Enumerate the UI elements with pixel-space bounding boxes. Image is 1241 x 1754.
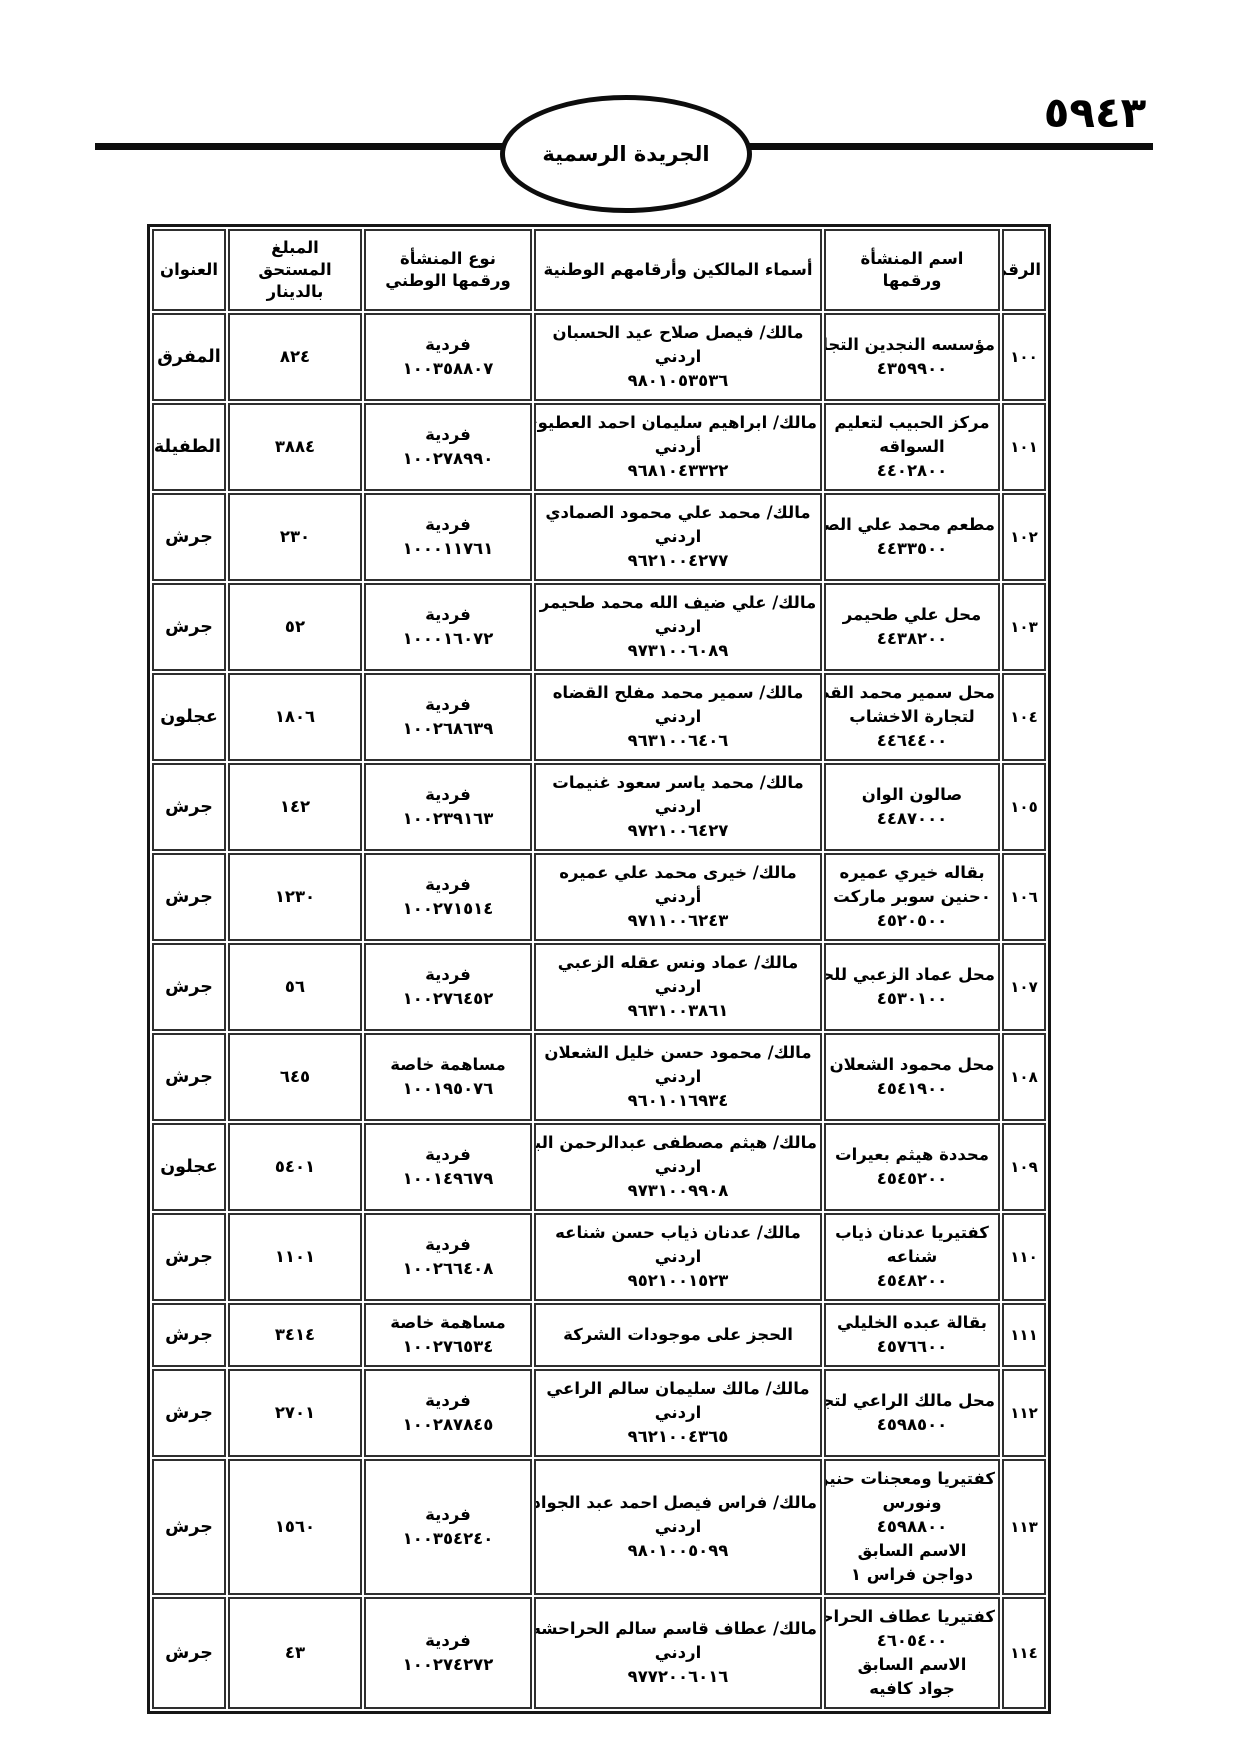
cell-line: فردية [369, 603, 527, 627]
row-number-cell: ١١٣ [1002, 1459, 1046, 1595]
address-cell: جرش [152, 1459, 226, 1595]
row-number-cell: ١٠٨ [1002, 1033, 1046, 1121]
table-row: ١٠٤محل سمير محمد القضاهلتجارة الاخشاب٤٤٦… [152, 673, 1046, 761]
cell-line: ١٠٠٢٦٦٤٠٨ [369, 1257, 527, 1281]
cell-line: ١١٠١ [233, 1245, 357, 1269]
cell-line: ١٢٣٠ [233, 885, 357, 909]
cell-line: ١٠٠٢٣٩١٦٣ [369, 807, 527, 831]
table-row: ١٠٥صالون الوان٤٤٨٧٠٠٠مالك/ محمد ياسر سعو… [152, 763, 1046, 851]
cell-line: ٩٦٢١٠٠٤٣٦٥ [539, 1425, 817, 1449]
amount-cell: ٦٤٥ [228, 1033, 362, 1121]
table-row: ١١٤كفتيريا عطاف الحراحشه٤٦٠٥٤٠٠الاسم الس… [152, 1597, 1046, 1709]
cell-line: فردية [369, 873, 527, 897]
cell-line: ٩٧٧٢٠٠٦٠١٦ [539, 1665, 817, 1689]
cell-line: اردني [539, 525, 817, 549]
type-cell: فردية١٠٠٢٧٦٤٥٢ [364, 943, 532, 1031]
owners-cell: مالك/ محمد علي محمود الصمادياردني٩٦٢١٠٠٤… [534, 493, 822, 581]
cell-line: ١٤٢ [233, 795, 357, 819]
cell-line: ١٠٤ [1007, 705, 1041, 729]
row-number-cell: ١١٤ [1002, 1597, 1046, 1709]
records-table: الرقم اسم المنشأة ورقمها أسماء المالكين … [147, 224, 1051, 1714]
row-number-cell: ١٠٠ [1002, 313, 1046, 401]
row-number-cell: ١٠١ [1002, 403, 1046, 491]
establishment-cell: محل محمود الشعلان٤٥٤١٩٠٠ [824, 1033, 1000, 1121]
header-type: نوع المنشأة ورقمها الوطني [364, 229, 532, 311]
cell-line: بقالة عبده الخليلي [829, 1311, 995, 1335]
cell-line: فردية [369, 1389, 527, 1413]
table-row: ١٠٠مؤسسه النجدين التجاريه٤٣٥٩٩٠٠مالك/ في… [152, 313, 1046, 401]
cell-line: اردني [539, 1245, 817, 1269]
cell-line: كفتيريا ومعجنات حنين [829, 1467, 995, 1491]
row-number-cell: ١٠٤ [1002, 673, 1046, 761]
type-cell: فردية١٠٠٢٣٩١٦٣ [364, 763, 532, 851]
cell-line: ٤٦٠٥٤٠٠ [829, 1629, 995, 1653]
cell-line: أردني [539, 435, 817, 459]
type-cell: فردية١٠٠١٤٩٦٧٩ [364, 1123, 532, 1211]
establishment-cell: مؤسسه النجدين التجاريه٤٣٥٩٩٠٠ [824, 313, 1000, 401]
cell-line: اردني [539, 1155, 817, 1179]
cell-line: اردني [539, 1065, 817, 1089]
cell-line: محل سمير محمد القضاه [829, 681, 995, 705]
cell-line: جرش [157, 885, 221, 909]
cell-line: ١٠٨ [1007, 1065, 1041, 1089]
establishment-cell: صالون الوان٤٤٨٧٠٠٠ [824, 763, 1000, 851]
owners-cell: مالك/ هيثم مصطفى عبدالرحمن البعيراتاردني… [534, 1123, 822, 1211]
cell-line: جواد كافيه [829, 1677, 995, 1701]
table-row: ١٠٦بقاله خيري عميره٠حنين سوبر ماركت٤٥٢٠٥… [152, 853, 1046, 941]
establishment-cell: محل علي طحيمر٤٤٣٨٢٠٠ [824, 583, 1000, 671]
cell-line: مركز الحبيب لتعليم [829, 411, 995, 435]
row-number-cell: ١٠٧ [1002, 943, 1046, 1031]
amount-cell: ٣٤١٤ [228, 1303, 362, 1367]
establishment-cell: بقالة عبده الخليلي٤٥٧٦٦٠٠ [824, 1303, 1000, 1367]
row-number-cell: ١١١ [1002, 1303, 1046, 1367]
header-amount: المبلغ المستحق بالدينار [228, 229, 362, 311]
cell-line: ١٠٠٢٧١٥١٤ [369, 897, 527, 921]
cell-line: أردني [539, 885, 817, 909]
amount-cell: ٤٣ [228, 1597, 362, 1709]
cell-line: جرش [157, 1065, 221, 1089]
cell-line: جرش [157, 525, 221, 549]
cell-line: ٨٢٤ [233, 345, 357, 369]
cell-line: ٩٦٢١٠٠٤٢٧٧ [539, 549, 817, 573]
cell-line: مساهمة خاصة [369, 1053, 527, 1077]
amount-cell: ١٢٣٠ [228, 853, 362, 941]
owners-cell: مالك/ علي ضيف الله محمد طحيمراردني٩٧٣١٠٠… [534, 583, 822, 671]
amount-cell: ١٥٦٠ [228, 1459, 362, 1595]
type-cell: فردية١٠٠٠١١٧٦١ [364, 493, 532, 581]
cell-line: ١٠٥ [1007, 795, 1041, 819]
table-row: ١٠٩محددة هيثم بعيرات٤٥٤٥٢٠٠مالك/ هيثم مص… [152, 1123, 1046, 1211]
cell-line: ٤٣ [233, 1641, 357, 1665]
cell-line: فردية [369, 513, 527, 537]
owners-cell: مالك/ مالك سليمان سالم الراعياردني٩٦٢١٠٠… [534, 1369, 822, 1457]
cell-line: ٤٥٤١٩٠٠ [829, 1077, 995, 1101]
cell-line: ٠حنين سوبر ماركت [829, 885, 995, 909]
owners-cell: مالك/ محمد ياسر سعود غنيماتاردني٩٧٢١٠٠٦٤… [534, 763, 822, 851]
establishment-cell: كفتيريا عدنان ذيابشناعه٤٥٤٨٢٠٠ [824, 1213, 1000, 1301]
table-header-row: الرقم اسم المنشأة ورقمها أسماء المالكين … [152, 229, 1046, 311]
table-row: ١١١بقالة عبده الخليلي٤٥٧٦٦٠٠الحجز على مو… [152, 1303, 1046, 1367]
owners-cell: الحجز على موجودات الشركة [534, 1303, 822, 1367]
amount-cell: ٥٢ [228, 583, 362, 671]
cell-line: مالك/ مالك سليمان سالم الراعي [539, 1377, 817, 1401]
cell-line: جرش [157, 1515, 221, 1539]
cell-line: ١٠٦ [1007, 885, 1041, 909]
cell-line: السواقه [829, 435, 995, 459]
cell-line: مساهمة خاصة [369, 1311, 527, 1335]
cell-line: كفتيريا عدنان ذياب [829, 1221, 995, 1245]
table-row: ١٠١مركز الحبيب لتعليمالسواقه٤٤٠٢٨٠٠مالك/… [152, 403, 1046, 491]
table-row: ١٠٣محل علي طحيمر٤٤٣٨٢٠٠مالك/ علي ضيف الل… [152, 583, 1046, 671]
cell-line: فردية [369, 1233, 527, 1257]
cell-line: محددة هيثم بعيرات [829, 1143, 995, 1167]
cell-line: ١٠٠١٤٩٦٧٩ [369, 1167, 527, 1191]
cell-line: ١٠٠٢٧٨٩٩٠ [369, 447, 527, 471]
cell-line: ٩٧٣١٠٠٩٩٠٨ [539, 1179, 817, 1203]
cell-line: جرش [157, 795, 221, 819]
address-cell: جرش [152, 583, 226, 671]
page-number: ٥٩٤٣ [1040, 88, 1150, 137]
cell-line: جرش [157, 1323, 221, 1347]
cell-line: مؤسسه النجدين التجاريه [829, 333, 995, 357]
type-cell: مساهمة خاصة١٠٠٢٧٦٥٣٤ [364, 1303, 532, 1367]
table-row: ١١٢محل مالك الراعي لتجليس٤٥٩٨٥٠٠مالك/ ما… [152, 1369, 1046, 1457]
row-number-cell: ١٠٢ [1002, 493, 1046, 581]
cell-line: ٣٨٨٤ [233, 435, 357, 459]
cell-line: شناعه [829, 1245, 995, 1269]
amount-cell: ٨٢٤ [228, 313, 362, 401]
cell-line: دواجن فراس ١ [829, 1563, 995, 1587]
establishment-cell: محددة هيثم بعيرات٤٥٤٥٢٠٠ [824, 1123, 1000, 1211]
type-cell: فردية١٠٠٢٧٨٩٩٠ [364, 403, 532, 491]
cell-line: مالك/ عطاف قاسم سالم الحراحشه [539, 1617, 817, 1641]
address-cell: جرش [152, 1369, 226, 1457]
cell-line: مالك/ خيرى محمد علي عميره [539, 861, 817, 885]
header-address: العنوان [152, 229, 226, 311]
cell-line: ٢٣٠ [233, 525, 357, 549]
cell-line: فردية [369, 693, 527, 717]
cell-line: ٩٦٨١٠٤٣٣٢٢ [539, 459, 817, 483]
cell-line: ٩٨٠١٠٠٥٠٩٩ [539, 1539, 817, 1563]
cell-line: ٩٧١١٠٠٦٢٤٣ [539, 909, 817, 933]
cell-line: ١١٠ [1007, 1245, 1041, 1269]
owners-cell: مالك/ عماد ونس عقله الزعبياردني٩٦٣١٠٠٣٨٦… [534, 943, 822, 1031]
owners-cell: مالك/ فراس فيصل احمد عبد الجواداردني٩٨٠١… [534, 1459, 822, 1595]
cell-line: ٤٤٨٧٠٠٠ [829, 807, 995, 831]
owners-cell: مالك/ خيرى محمد علي عميرهأردني٩٧١١٠٠٦٢٤٣ [534, 853, 822, 941]
establishment-cell: محل مالك الراعي لتجليس٤٥٩٨٥٠٠ [824, 1369, 1000, 1457]
cell-line: ١٠١ [1007, 435, 1041, 459]
address-cell: عجلون [152, 673, 226, 761]
cell-line: ١٠٠٠١١٧٦١ [369, 537, 527, 561]
cell-line: ١٠٠٠١٦٠٧٢ [369, 627, 527, 651]
cell-line: مالك/ هيثم مصطفى عبدالرحمن البعيرات [539, 1131, 817, 1155]
table-row: ١١٠كفتيريا عدنان ذيابشناعه٤٥٤٨٢٠٠مالك/ ع… [152, 1213, 1046, 1301]
amount-cell: ١٤٢ [228, 763, 362, 851]
cell-line: ٦٤٥ [233, 1065, 357, 1089]
type-cell: مساهمة خاصة١٠٠١٩٥٠٧٦ [364, 1033, 532, 1121]
type-cell: فردية١٠٠٢٨٧٨٤٥ [364, 1369, 532, 1457]
amount-cell: ١١٠١ [228, 1213, 362, 1301]
header-establishment: اسم المنشأة ورقمها [824, 229, 1000, 311]
owners-cell: مالك/ محمود حسن خليل الشعلاناردني٩٦٠١٠١٦… [534, 1033, 822, 1121]
address-cell: الطفيلة [152, 403, 226, 491]
amount-cell: ٥٤٠١ [228, 1123, 362, 1211]
table-body: ١٠٠مؤسسه النجدين التجاريه٤٣٥٩٩٠٠مالك/ في… [152, 313, 1046, 1709]
cell-line: اردني [539, 705, 817, 729]
cell-line: ١١٤ [1007, 1641, 1041, 1665]
cell-line: ٤٥٩٨٨٠٠ [829, 1515, 995, 1539]
cell-line: ١٨٠٦ [233, 705, 357, 729]
cell-line: ٤٥٧٦٦٠٠ [829, 1335, 995, 1359]
table-row: ١٠٨محل محمود الشعلان٤٥٤١٩٠٠مالك/ محمود ح… [152, 1033, 1046, 1121]
cell-line: محل محمود الشعلان [829, 1053, 995, 1077]
amount-cell: ١٨٠٦ [228, 673, 362, 761]
establishment-cell: مطعم محمد علي الصمادي٤٤٣٣٥٠٠ [824, 493, 1000, 581]
cell-line: المفرق [157, 345, 221, 369]
cell-line: ٤٤٣٨٢٠٠ [829, 627, 995, 651]
amount-cell: ٥٦ [228, 943, 362, 1031]
cell-line: ٥٦ [233, 975, 357, 999]
establishment-cell: كفتيريا ومعجنات حنينونورس٤٥٩٨٨٠٠الاسم ال… [824, 1459, 1000, 1595]
owners-cell: مالك/ عدنان ذياب حسن شناعهاردني٩٥٢١٠٠١٥٢… [534, 1213, 822, 1301]
cell-line: مالك/ فراس فيصل احمد عبد الجواد [539, 1491, 817, 1515]
cell-line: ١٠٢ [1007, 525, 1041, 549]
row-number-cell: ١٠٦ [1002, 853, 1046, 941]
cell-line: مطعم محمد علي الصمادي [829, 513, 995, 537]
cell-line: الحجز على موجودات الشركة [539, 1323, 817, 1347]
cell-line: ٩٧٣١٠٠٦٠٨٩ [539, 639, 817, 663]
cell-line: محل عماد الزعبي للحديد [829, 963, 995, 987]
table-row: ١٠٧محل عماد الزعبي للحديد٤٥٣٠١٠٠مالك/ عم… [152, 943, 1046, 1031]
cell-line: ١٠٠٢٧٦٤٥٢ [369, 987, 527, 1011]
cell-line: ونورس [829, 1491, 995, 1515]
type-cell: فردية١٠٠٢٧١٥١٤ [364, 853, 532, 941]
cell-line: اردني [539, 1515, 817, 1539]
cell-line: ٥٢ [233, 615, 357, 639]
address-cell: عجلون [152, 1123, 226, 1211]
row-number-cell: ١٠٥ [1002, 763, 1046, 851]
cell-line: ١٥٦٠ [233, 1515, 357, 1539]
cell-line: ١٠٠٣٥٨٨٠٧ [369, 357, 527, 381]
cell-line: اردني [539, 1641, 817, 1665]
cell-line: ٤٥٣٠١٠٠ [829, 987, 995, 1011]
cell-line: ١١١ [1007, 1323, 1041, 1347]
cell-line: فردية [369, 423, 527, 447]
cell-line: مالك/ ابراهيم سليمان احمد العطيوي [539, 411, 817, 435]
header-owners: أسماء المالكين وأرقامهم الوطنية [534, 229, 822, 311]
table-row: ١١٣كفتيريا ومعجنات حنينونورس٤٥٩٨٨٠٠الاسم… [152, 1459, 1046, 1595]
cell-line: ١١٣ [1007, 1515, 1041, 1539]
address-cell: جرش [152, 763, 226, 851]
cell-line: ٩٨٠١٠٥٣٥٣٦ [539, 369, 817, 393]
cell-line: اردني [539, 1401, 817, 1425]
row-number-cell: ١٠٩ [1002, 1123, 1046, 1211]
cell-line: عجلون [157, 1155, 221, 1179]
owners-cell: مالك/ عطاف قاسم سالم الحراحشهاردني٩٧٧٢٠٠… [534, 1597, 822, 1709]
cell-line: مالك/ محمد علي محمود الصمادي [539, 501, 817, 525]
cell-line: ٩٥٢١٠٠١٥٢٣ [539, 1269, 817, 1293]
cell-line: ٤٤٦٤٤٠٠ [829, 729, 995, 753]
cell-line: ١٠٣ [1007, 615, 1041, 639]
cell-line: ١٠٠٢٧٤٢٧٢ [369, 1653, 527, 1677]
banner-ellipse: الجريدة الرسمية [500, 95, 752, 213]
cell-line: عجلون [157, 705, 221, 729]
cell-line: ٤٥٩٨٥٠٠ [829, 1413, 995, 1437]
address-cell: جرش [152, 1597, 226, 1709]
type-cell: فردية١٠٠٢٦٨٦٣٩ [364, 673, 532, 761]
cell-line: فردية [369, 333, 527, 357]
cell-line: ١٠٠٢٦٨٦٣٩ [369, 717, 527, 741]
cell-line: مالك/ علي ضيف الله محمد طحيمر [539, 591, 817, 615]
cell-line: ٩٧٢١٠٠٦٤٢٧ [539, 819, 817, 843]
cell-line: اردني [539, 795, 817, 819]
owners-cell: مالك/ سمير محمد مفلح القضاهاردني٩٦٣١٠٠٦٤… [534, 673, 822, 761]
establishment-cell: محل عماد الزعبي للحديد٤٥٣٠١٠٠ [824, 943, 1000, 1031]
cell-line: ١٠٩ [1007, 1155, 1041, 1179]
cell-line: الاسم السابق [829, 1653, 995, 1677]
cell-line: مالك/ محمود حسن خليل الشعلان [539, 1041, 817, 1065]
cell-line: ٢٧٠١ [233, 1401, 357, 1425]
row-number-cell: ١١٠ [1002, 1213, 1046, 1301]
cell-line: اردني [539, 975, 817, 999]
header-number: الرقم [1002, 229, 1046, 311]
cell-line: فردية [369, 783, 527, 807]
address-cell: جرش [152, 493, 226, 581]
amount-cell: ٢٧٠١ [228, 1369, 362, 1457]
cell-line: ٩٦٠١٠١٦٩٣٤ [539, 1089, 817, 1113]
cell-line: اردني [539, 345, 817, 369]
cell-line: ٥٤٠١ [233, 1155, 357, 1179]
cell-line: ٤٤٣٣٥٠٠ [829, 537, 995, 561]
owners-cell: مالك/ فيصل صلاح عيد الحسباناردني٩٨٠١٠٥٣٥… [534, 313, 822, 401]
cell-line: ٩٦٣١٠٠٦٤٠٦ [539, 729, 817, 753]
cell-line: ٤٥٢٠٥٠٠ [829, 909, 995, 933]
cell-line: الطفيلة [157, 435, 221, 459]
cell-line: مالك/ عماد ونس عقله الزعبي [539, 951, 817, 975]
cell-line: ٤٤٠٢٨٠٠ [829, 459, 995, 483]
type-cell: فردية١٠٠٢٧٤٢٧٢ [364, 1597, 532, 1709]
cell-line: جرش [157, 1641, 221, 1665]
owners-cell: مالك/ ابراهيم سليمان احمد العطيويأردني٩٦… [534, 403, 822, 491]
cell-line: محل علي طحيمر [829, 603, 995, 627]
type-cell: فردية١٠٠٣٥٨٨٠٧ [364, 313, 532, 401]
cell-line: مالك/ سمير محمد مفلح القضاه [539, 681, 817, 705]
cell-line: جرش [157, 975, 221, 999]
amount-cell: ٢٣٠ [228, 493, 362, 581]
gazette-page: ٥٩٤٣ الجريدة الرسمية الرقم اسم المنشأة و… [0, 0, 1241, 1754]
establishment-cell: مركز الحبيب لتعليمالسواقه٤٤٠٢٨٠٠ [824, 403, 1000, 491]
cell-line: جرش [157, 1401, 221, 1425]
cell-line: ٤٣٥٩٩٠٠ [829, 357, 995, 381]
type-cell: فردية١٠٠٠١٦٠٧٢ [364, 583, 532, 671]
address-cell: جرش [152, 1033, 226, 1121]
cell-line: ٣٤١٤ [233, 1323, 357, 1347]
address-cell: جرش [152, 1213, 226, 1301]
cell-line: ١٠٠٢٧٦٥٣٤ [369, 1335, 527, 1359]
cell-line: جرش [157, 1245, 221, 1269]
gazette-banner-title: الجريدة الرسمية [542, 142, 709, 166]
address-cell: جرش [152, 1303, 226, 1367]
cell-line: ١٠٠٣٥٤٢٤٠ [369, 1527, 527, 1551]
cell-line: كفتيريا عطاف الحراحشه [829, 1605, 995, 1629]
cell-line: ٤٥٤٥٢٠٠ [829, 1167, 995, 1191]
cell-line: ٤٥٤٨٢٠٠ [829, 1269, 995, 1293]
cell-line: لتجارة الاخشاب [829, 705, 995, 729]
cell-line: بقاله خيري عميره [829, 861, 995, 885]
table-row: ١٠٢مطعم محمد علي الصمادي٤٤٣٣٥٠٠مالك/ محم… [152, 493, 1046, 581]
row-number-cell: ١٠٣ [1002, 583, 1046, 671]
cell-line: فردية [369, 1629, 527, 1653]
amount-cell: ٣٨٨٤ [228, 403, 362, 491]
cell-line: فردية [369, 963, 527, 987]
cell-line: الاسم السابق [829, 1539, 995, 1563]
establishment-cell: بقاله خيري عميره٠حنين سوبر ماركت٤٥٢٠٥٠٠ [824, 853, 1000, 941]
establishment-cell: محل سمير محمد القضاهلتجارة الاخشاب٤٤٦٤٤٠… [824, 673, 1000, 761]
cell-line: مالك/ عدنان ذياب حسن شناعه [539, 1221, 817, 1245]
address-cell: جرش [152, 943, 226, 1031]
cell-line: ١٠٠١٩٥٠٧٦ [369, 1077, 527, 1101]
cell-line: مالك/ فيصل صلاح عيد الحسبان [539, 321, 817, 345]
cell-line: ١١٢ [1007, 1401, 1041, 1425]
cell-line: ١٠٧ [1007, 975, 1041, 999]
cell-line: محل مالك الراعي لتجليس [829, 1389, 995, 1413]
row-number-cell: ١١٢ [1002, 1369, 1046, 1457]
cell-line: فردية [369, 1503, 527, 1527]
cell-line: ٩٦٣١٠٠٣٨٦١ [539, 999, 817, 1023]
cell-line: فردية [369, 1143, 527, 1167]
type-cell: فردية١٠٠٢٦٦٤٠٨ [364, 1213, 532, 1301]
cell-line: ١٠٠٢٨٧٨٤٥ [369, 1413, 527, 1437]
establishment-cell: كفتيريا عطاف الحراحشه٤٦٠٥٤٠٠الاسم السابق… [824, 1597, 1000, 1709]
cell-line: صالون الوان [829, 783, 995, 807]
cell-line: اردني [539, 615, 817, 639]
address-cell: جرش [152, 853, 226, 941]
cell-line: جرش [157, 615, 221, 639]
address-cell: المفرق [152, 313, 226, 401]
type-cell: فردية١٠٠٣٥٤٢٤٠ [364, 1459, 532, 1595]
cell-line: مالك/ محمد ياسر سعود غنيمات [539, 771, 817, 795]
cell-line: ١٠٠ [1007, 345, 1041, 369]
